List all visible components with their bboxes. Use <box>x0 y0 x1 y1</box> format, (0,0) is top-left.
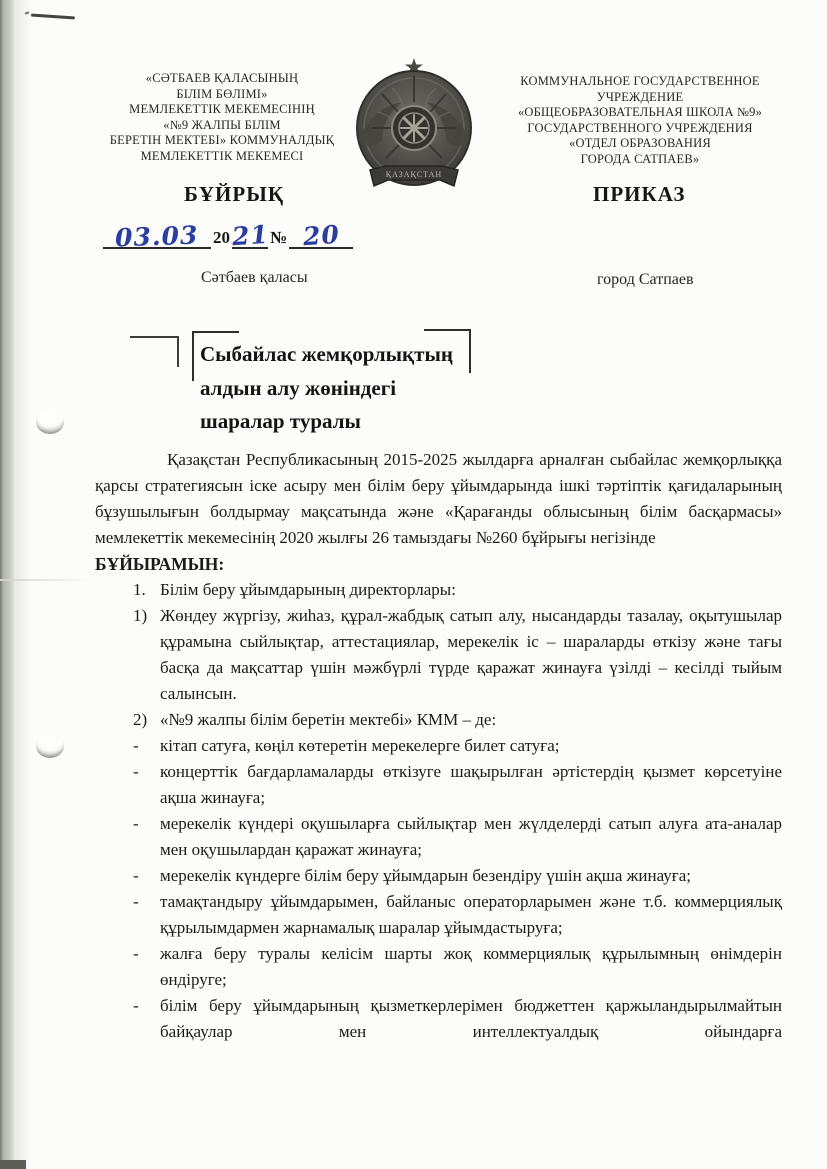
number-field: 20 <box>289 223 353 249</box>
list-text: Білім беру ұйымдарының директорлары: <box>160 580 456 599</box>
list-item: - тамақтандыру ұйымдарымен, байланыс опе… <box>95 889 782 941</box>
list-marker: - <box>133 759 139 785</box>
registration-corner-mark <box>130 336 179 367</box>
org-line: ГОСУДАРСТВЕННОГО УЧРЕЖДЕНИЯ <box>488 121 792 137</box>
list-marker: 1. <box>133 577 146 603</box>
list-text: «№9 жалпы білім беретін мектебі» КММ – д… <box>160 710 496 729</box>
year-field: 21 <box>232 223 268 249</box>
org-line: МЕМЛЕКЕТТІК МЕКЕМЕСІ <box>96 149 348 165</box>
org-line: «ОБЩЕОБРАЗОВАТЕЛЬНАЯ ШКОЛА №9» <box>488 105 792 121</box>
list-text: концерттік бағдарламаларды өткізуге шақы… <box>160 762 782 807</box>
order-heading-kazakh: БҰЙРЫҚ <box>184 182 284 207</box>
list-item: 2) «№9 жалпы білім беретін мектебі» КММ … <box>95 707 782 733</box>
list-text: тамақтандыру ұйымдарымен, байланыс опера… <box>160 892 782 937</box>
list-item: - жалға беру туралы келісім шарты жоқ ко… <box>95 941 782 993</box>
list-marker: - <box>133 941 139 967</box>
handwritten-number: 20 <box>302 223 340 250</box>
org-line: БІЛІМ БӨЛІМІ» <box>96 87 348 103</box>
org-line: «№9 ЖАЛПЫ БІЛІМ <box>96 118 348 134</box>
order-subject: Сыбайлас жемқорлықтың алдын алу жөніндег… <box>200 338 490 439</box>
emblem-banner-text: ҚАЗАҚСТАН <box>386 170 442 179</box>
list-marker: - <box>133 733 139 759</box>
list-text: білім беру ұйымдарының қызметкерлерімен … <box>160 996 782 1041</box>
list-text: кітап сатуға, көңіл көтеретін мерекелерг… <box>160 736 560 755</box>
list-item: - кітап сатуға, көңіл көтеретін мерекеле… <box>95 733 782 759</box>
org-line: ГОРОДА САТПАЕВ» <box>488 152 792 168</box>
subject-line: Сыбайлас жемқорлықтың <box>200 338 490 372</box>
org-line: МЕМЛЕКЕТТІК МЕКЕМЕСІНІҢ <box>96 102 348 118</box>
pen-mark-artifact <box>31 13 75 19</box>
handwritten-date: 03.03 <box>115 224 199 251</box>
org-line: «СӘТБАЕВ ҚАЛАСЫНЫҢ <box>96 71 348 87</box>
org-line: «ОТДЕЛ ОБРАЗОВАНИЯ <box>488 136 792 152</box>
list-item: 1) Жөндеу жүргізу, жиһаз, құрал-жабдық с… <box>95 603 782 707</box>
list-item: - білім беру ұйымдарының қызметкерлеріме… <box>95 993 782 1045</box>
scanner-corner-shadow <box>0 1160 26 1169</box>
number-sign: № <box>268 228 289 249</box>
list-item: - концерттік бағдарламаларды өткізуге ша… <box>95 759 782 811</box>
org-name-russian: КОММУНАЛЬНОЕ ГОСУДАРСТВЕННОЕ УЧРЕЖДЕНИЕ … <box>488 74 792 168</box>
punch-hole-top <box>36 410 64 434</box>
list-text: жалға беру туралы келісім шарты жоқ комм… <box>160 944 782 989</box>
order-date-number-line: 03.03 20 21 № 20 <box>103 213 353 249</box>
handwritten-year: 21 <box>231 223 269 250</box>
page-fold-line <box>0 579 96 581</box>
list-marker: - <box>133 889 139 915</box>
list-item: - мерекелік күндерге білім беру ұйымдары… <box>95 863 782 889</box>
org-line: КОММУНАЛЬНОЕ ГОСУДАРСТВЕННОЕ <box>488 74 792 90</box>
order-heading-russian: ПРИКАЗ <box>593 182 685 207</box>
place-russian: город Сатпаев <box>597 271 694 289</box>
list-marker: - <box>133 993 139 1019</box>
org-line: УЧРЕЖДЕНИЕ <box>488 90 792 106</box>
place-kazakh: Сәтбаев қаласы <box>201 269 308 287</box>
list-marker: 1) <box>133 603 147 629</box>
list-text: мерекелік күндері оқушыларға сыйлықтар м… <box>160 814 782 859</box>
order-body: Қазақстан Республикасының 2015-2025 жылд… <box>95 447 782 1045</box>
org-line: БЕРЕТІН МЕКТЕБІ» КОММУНАЛДЫҚ <box>96 133 348 149</box>
year-prefix: 20 <box>211 228 232 249</box>
date-field: 03.03 <box>103 223 211 249</box>
punch-hole-bottom <box>36 734 64 758</box>
list-text: мерекелік күндерге білім беру ұйымдарын … <box>160 866 691 885</box>
list-text: Жөндеу жүргізу, жиһаз, құрал-жабдық саты… <box>160 606 782 703</box>
scanner-edge-strip <box>0 0 14 1169</box>
intro-paragraph: Қазақстан Республикасының 2015-2025 жылд… <box>95 447 782 551</box>
resolve-word: БҰЙЫРАМЫН: <box>95 551 782 577</box>
org-name-kazakh: «СӘТБАЕВ ҚАЛАСЫНЫҢ БІЛІМ БӨЛІМІ» МЕМЛЕКЕ… <box>96 71 348 165</box>
list-marker: - <box>133 811 139 837</box>
scanner-edge-fade <box>14 0 32 1169</box>
list-item: 1. Білім беру ұйымдарының директорлары: <box>95 577 782 603</box>
list-item: - мерекелік күндері оқушыларға сыйлықтар… <box>95 811 782 863</box>
list-marker: 2) <box>133 707 147 733</box>
kazakhstan-coat-of-arms-icon: ҚАЗАҚСТАН <box>352 56 476 196</box>
scanned-order-page: «СӘТБАЕВ ҚАЛАСЫНЫҢ БІЛІМ БӨЛІМІ» МЕМЛЕКЕ… <box>0 0 827 1169</box>
subject-line: алдын алу жөніндегі <box>200 372 490 406</box>
subject-line: шаралар туралы <box>200 405 490 439</box>
list-marker: - <box>133 863 139 889</box>
